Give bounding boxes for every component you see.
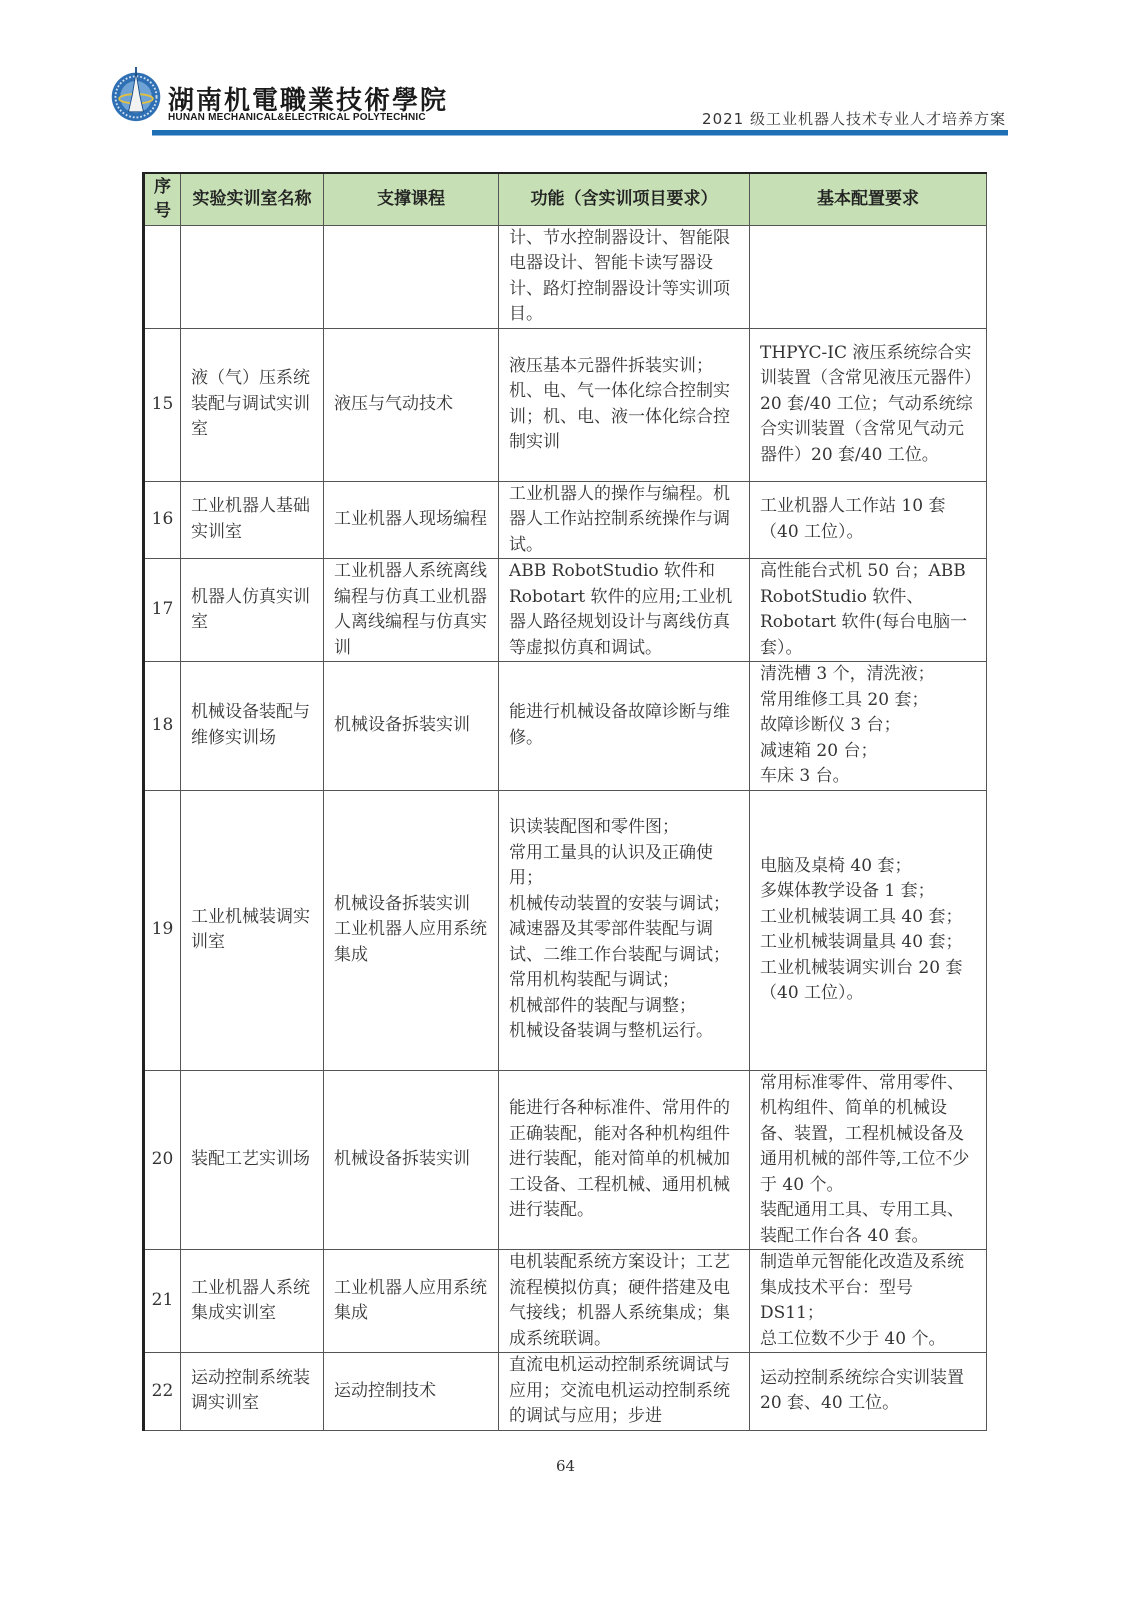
table-row: 16 工业机器人基础实训室 工业机器人现场编程 工业机器人的操作与编程。机器人工… [144,481,987,559]
col-header-function: 功能（含实训项目要求） [499,173,750,225]
table-row: 21 工业机器人系统集成实训室 工业机器人应用系统集成 电机装配系统方案设计；工… [144,1250,987,1353]
col-header-number: 序号 [144,173,181,225]
cell-courses: 工业机器人应用系统集成 [324,1250,499,1353]
config-line: 清洗槽 3 个，清洗液； [760,662,978,688]
course-line: 工业机器人应用系统集成 [334,917,488,968]
cell-number: 20 [144,1070,181,1250]
cell-courses: 液压与气动技术 [324,328,499,481]
config-line: 工业机械装调实训台 20 套（40 工位）。 [760,956,978,1007]
function-line: 识读装配图和零件图； [509,815,741,841]
cell-courses: 机械设备拆装实训 工业机器人应用系统集成 [324,790,499,1070]
config-line: 常用标准零件、常用零件、机构组件、简单的机械设备、装置，工程机械设备及通用机械的… [760,1071,978,1199]
cell-lab-name: 工业机器人基础实训室 [181,481,324,559]
cell-function: 计、节水控制器设计、智能限电器设计、智能卡读写器设计、路灯控制器设计等实训项目。 [499,225,750,328]
col-header-config: 基本配置要求 [750,173,987,225]
cell-function: 直流电机运动控制系统调试与应用；交流电机运动控制系统的调试与应用；步进 [499,1353,750,1431]
function-line: 机械传动装置的安装与调试； [509,892,741,918]
table-row: 计、节水控制器设计、智能限电器设计、智能卡读写器设计、路灯控制器设计等实训项目。 [144,225,987,328]
school-emblem-icon [108,67,164,123]
config-line: 制造单元智能化改造及系统集成技术平台：型号 DS11； [760,1250,978,1327]
table-row: 20 装配工艺实训场 机械设备拆装实训 能进行各种标准件、常用件的正确装配，能对… [144,1070,987,1250]
cell-function: 识读装配图和零件图； 常用工量具的认识及正确使用； 机械传动装置的安装与调试； … [499,790,750,1070]
function-line: 机械部件的装配与调整； [509,994,741,1020]
cell-config: 电脑及桌椅 40 套； 多媒体教学设备 1 套； 工业机械装调工具 40 套； … [750,790,987,1070]
cell-lab-name: 液（气）压系统装配与调试实训室 [181,328,324,481]
header-divider [152,130,1008,135]
page-header: 湖南机電職業技術學院 HUNAN MECHANICAL&ELECTRICAL P… [100,62,1010,142]
function-line: 常用机构装配与调试； [509,968,741,994]
cell-number: 18 [144,662,181,791]
config-line: 工业机械装调工具 40 套； [760,905,978,931]
config-line: 车床 3 台。 [760,764,978,790]
config-line: 工业机械装调量具 40 套； [760,930,978,956]
table-header-row: 序号 实验实训室名称 支撑课程 功能（含实训项目要求） 基本配置要求 [144,173,987,225]
cell-function: 液压基本元器件拆装实训；机、电、气一体化综合控制实训；机、电、液一体化综合控制实… [499,328,750,481]
table-row: 19 工业机械装调实训室 机械设备拆装实训 工业机器人应用系统集成 识读装配图和… [144,790,987,1070]
cell-lab-name: 工业机器人系统集成实训室 [181,1250,324,1353]
table-row: 22 运动控制系统装调实训室 运动控制技术 直流电机运动控制系统调试与应用；交流… [144,1353,987,1431]
cell-function: ABB RobotStudio 软件和 Robotart 软件的应用;工业机器人… [499,559,750,662]
config-line: 常用维修工具 20 套； [760,688,978,714]
cell-lab-name: 运动控制系统装调实训室 [181,1353,324,1431]
table-row: 18 机械设备装配与维修实训场 机械设备拆装实训 能进行机械设备故障诊断与维修。… [144,662,987,791]
config-line: 故障诊断仪 3 台； [760,713,978,739]
cell-number: 22 [144,1353,181,1431]
cell-courses: 机械设备拆装实训 [324,1070,499,1250]
cell-courses: 运动控制技术 [324,1353,499,1431]
cell-config: 运动控制系统综合实训装置 20 套、40 工位。 [750,1353,987,1431]
cell-number: 15 [144,328,181,481]
cell-lab-name: 机械设备装配与维修实训场 [181,662,324,791]
cell-function: 能进行各种标准件、常用件的正确装配，能对各种机构组件进行装配，能对简单的机械加工… [499,1070,750,1250]
cell-config: 清洗槽 3 个，清洗液； 常用维修工具 20 套； 故障诊断仪 3 台； 减速箱… [750,662,987,791]
cell-lab-name [181,225,324,328]
cell-number: 19 [144,790,181,1070]
cell-function: 电机装配系统方案设计；工艺流程模拟仿真；硬件搭建及电气接线；机器人系统集成；集成… [499,1250,750,1353]
cell-number [144,225,181,328]
cell-lab-name: 工业机械装调实训室 [181,790,324,1070]
function-line: 减速器及其零部件装配与调试、二维工作台装配与调试； [509,917,741,968]
cell-function: 能进行机械设备故障诊断与维修。 [499,662,750,791]
cell-lab-name: 机器人仿真实训室 [181,559,324,662]
config-line: 多媒体教学设备 1 套； [760,879,978,905]
page-number: 64 [0,1457,1131,1475]
cell-config: 工业机器人工作站 10 套（40 工位）。 [750,481,987,559]
cell-number: 16 [144,481,181,559]
school-name-en: HUNAN MECHANICAL&ELECTRICAL POLYTECHNIC [168,112,426,123]
cell-config: 制造单元智能化改造及系统集成技术平台：型号 DS11； 总工位数不少于 40 个… [750,1250,987,1353]
function-line: 常用工量具的认识及正确使用； [509,841,741,892]
cell-courses: 工业机器人现场编程 [324,481,499,559]
document-title: 2021 级工业机器人技术专业人才培养方案 [702,108,1006,129]
table-row: 15 液（气）压系统装配与调试实训室 液压与气动技术 液压基本元器件拆装实训；机… [144,328,987,481]
col-header-lab-name: 实验实训室名称 [181,173,324,225]
cell-config [750,225,987,328]
col-header-courses: 支撑课程 [324,173,499,225]
function-line: 机械设备装调与整机运行。 [509,1019,741,1045]
cell-number: 17 [144,559,181,662]
cell-config: THPYC-IC 液压系统综合实训装置（含常见液压元器件）20 套/40 工位；… [750,328,987,481]
cell-courses [324,225,499,328]
cell-config: 常用标准零件、常用零件、机构组件、简单的机械设备、装置，工程机械设备及通用机械的… [750,1070,987,1250]
cell-function: 工业机器人的操作与编程。机器人工作站控制系统操作与调试。 [499,481,750,559]
cell-config: 高性能台式机 50 台；ABB RobotStudio 软件、Robotart … [750,559,987,662]
course-line: 机械设备拆装实训 [334,892,488,918]
config-line: 减速箱 20 台； [760,739,978,765]
cell-number: 21 [144,1250,181,1353]
cell-courses: 机械设备拆装实训 [324,662,499,791]
table-row: 17 机器人仿真实训室 工业机器人系统离线编程与仿真工业机器人离线编程与仿真实训… [144,559,987,662]
cell-lab-name: 装配工艺实训场 [181,1070,324,1250]
config-line: 电脑及桌椅 40 套； [760,854,978,880]
lab-facilities-table: 序号 实验实训室名称 支撑课程 功能（含实训项目要求） 基本配置要求 计、节水控… [142,172,987,1431]
config-line: 装配通用工具、专用工具、装配工作台各 40 套。 [760,1198,978,1249]
cell-courses: 工业机器人系统离线编程与仿真工业机器人离线编程与仿真实训 [324,559,499,662]
config-line: 总工位数不少于 40 个。 [760,1327,978,1353]
